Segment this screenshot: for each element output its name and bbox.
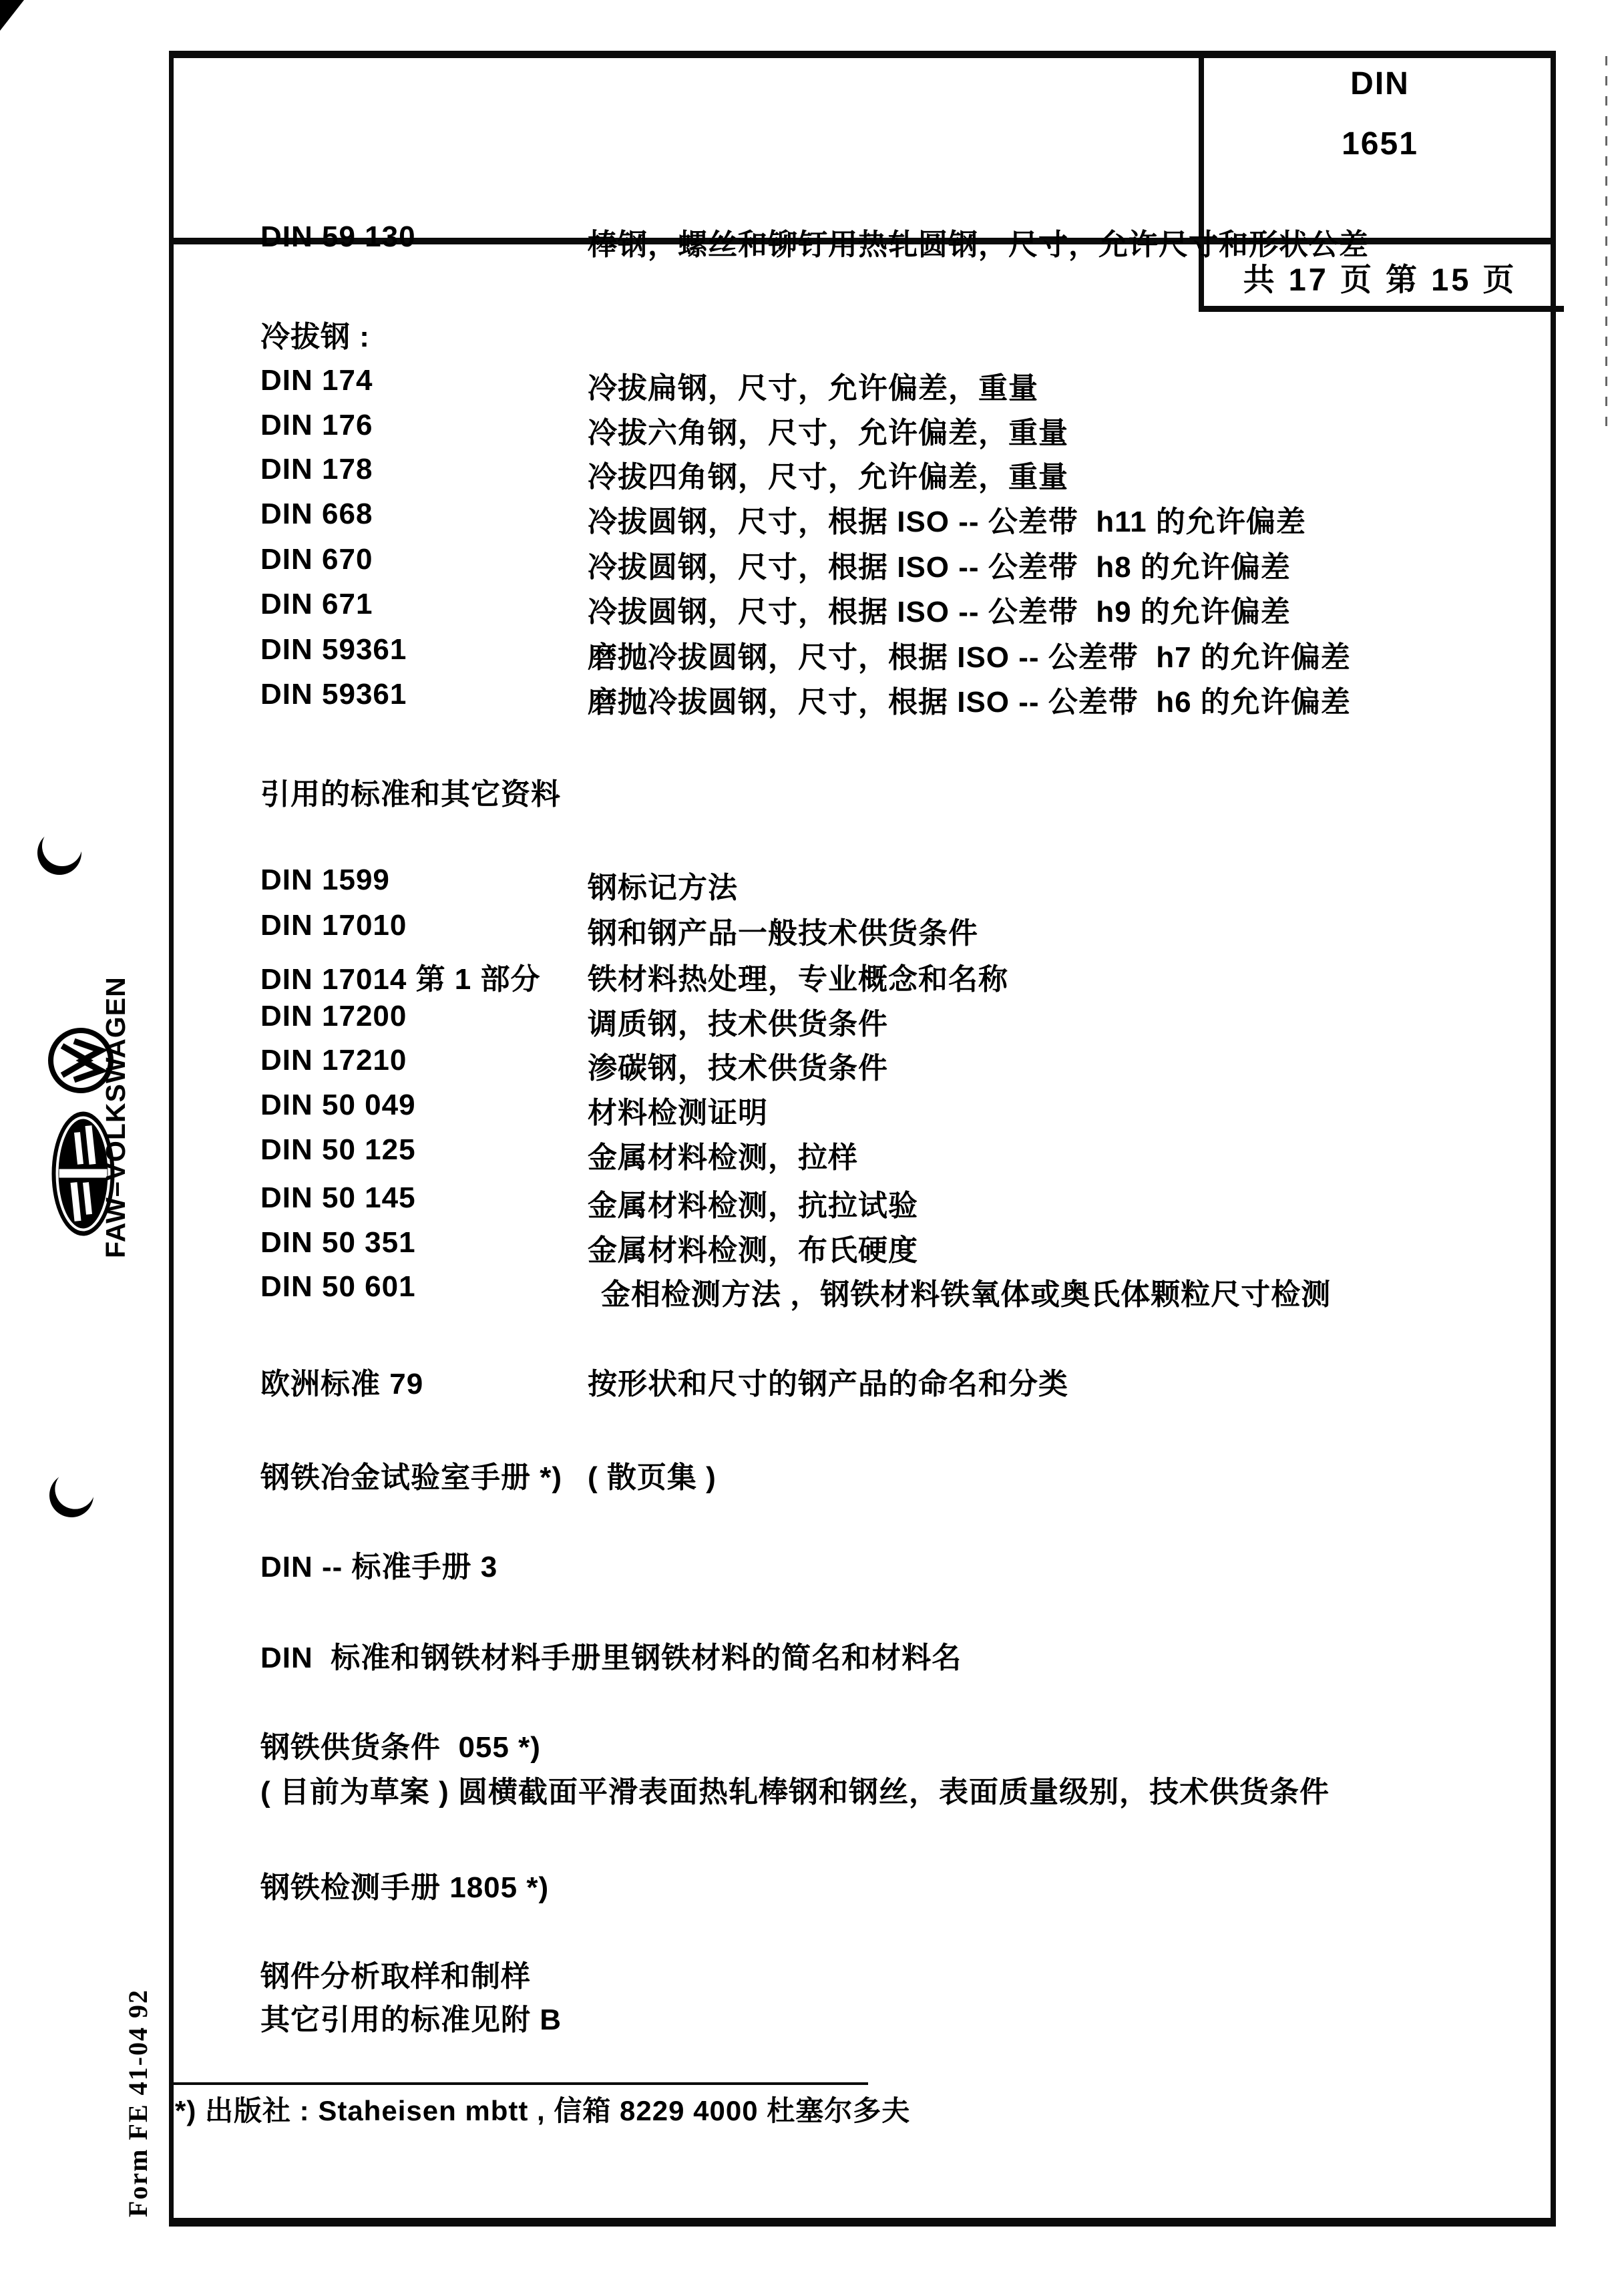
standard-row: DIN 668 冷拔圆钢，尺寸，根据 ISO -- 公差带 h11 的允许偏差 [0, 498, 1614, 538]
standard-row: DIN 59361 磨抛冷拔圆钢，尺寸，根据 ISO -- 公差带 h6 的允许… [0, 678, 1614, 718]
standards-list: DIN 59 130 棒钢，螺丝和铆钉用热轧圆钢，尺寸，允许尺寸和形状公差 冷拔… [0, 0, 1614, 2296]
standard-row: DIN 17014 第 1 部分 铁材料热处理，专业概念和名称 [0, 955, 1614, 995]
standard-row: 欧洲标准 79 按形状和尺寸的钢产品的命名和分类 [0, 1360, 1614, 1400]
standard-id: DIN 50 145 [260, 1181, 416, 1215]
standard-row: DIN 1599 钢标记方法 [0, 864, 1614, 904]
standard-row: DIN 50 125 金属材料检测，拉样 [0, 1133, 1614, 1173]
standard-id: DIN 671 [260, 588, 373, 621]
standard-row: 钢件分析取样和制样 [0, 1952, 1614, 1992]
standard-id: DIN 标准和钢铁材料手册里钢铁材料的简名和材料名 [260, 1634, 962, 1676]
standard-title: 冷拔六角钢，尺寸，允许偏差，重量 [588, 409, 1068, 451]
standard-id: 钢铁检测手册 1805 *) [260, 1863, 549, 1906]
standard-id: DIN 178 [260, 453, 373, 486]
standard-title: 棒钢，螺丝和铆钉用热轧圆钢，尺寸，允许尺寸和形状公差 [588, 220, 1369, 263]
standard-row: DIN 176 冷拔六角钢，尺寸，允许偏差，重量 [0, 409, 1614, 449]
standard-id: DIN 17200 [260, 1000, 407, 1033]
standard-row: 钢铁冶金试验室手册 *) ( 散页集 ) [0, 1453, 1614, 1493]
punch-hole-top-icon [37, 831, 81, 875]
standard-id: DIN 1599 [260, 864, 390, 897]
standard-title: 渗碳钢，技术供货条件 [588, 1044, 888, 1087]
standard-id: DIN 50 601 [260, 1270, 416, 1304]
standard-title: 金属材料检测，抗拉试验 [588, 1181, 918, 1224]
standard-title: 材料检测证明 [588, 1089, 768, 1131]
standard-row: DIN 671 冷拔圆钢，尺寸，根据 ISO -- 公差带 h9 的允许偏差 [0, 588, 1614, 628]
standard-title: 金相检测方法 ，钢铁材料铁氧体或奥氏体颗粒尺寸检测 [601, 1270, 1331, 1313]
footnote-text: *) 出版社 : Staheisen mbtt , 信箱 8229 4000 杜… [175, 2089, 910, 2129]
standard-row: DIN 50 351 金属材料检测，布氏硬度 [0, 1226, 1614, 1266]
standard-row: 钢铁供货条件 055 *) [0, 1723, 1614, 1763]
standard-id: DIN 17210 [260, 1044, 407, 1077]
standard-row: DIN 50 145 金属材料检测，抗拉试验 [0, 1181, 1614, 1221]
standard-title: 按形状和尺寸的钢产品的命名和分类 [588, 1360, 1068, 1402]
standard-id: DIN 17014 第 1 部分 [260, 955, 541, 998]
standard-id: DIN 59361 [260, 678, 407, 711]
standard-row: DIN 标准和钢铁材料手册里钢铁材料的简名和材料名 [0, 1634, 1614, 1674]
standard-row: ( 目前为草案 ) 圆横截面平滑表面热轧棒钢和钢丝，表面质量级别，技术供货条件 [0, 1768, 1614, 1808]
standard-title: 铁材料热处理，专业概念和名称 [588, 955, 1008, 998]
standard-title: 磨抛冷拔圆钢，尺寸，根据 ISO -- 公差带 h6 的允许偏差 [588, 678, 1351, 721]
standard-title: 磨抛冷拔圆钢，尺寸，根据 ISO -- 公差带 h7 的允许偏差 [588, 633, 1351, 676]
standard-title: 金属材料检测，拉样 [588, 1133, 858, 1176]
standard-row: DIN 50 601 金相检测方法 ，钢铁材料铁氧体或奥氏体颗粒尺寸检测 [0, 1270, 1614, 1310]
standard-id: DIN 59361 [260, 633, 407, 666]
standard-id: DIN 668 [260, 498, 373, 531]
standard-title: 冷拔四角钢，尺寸，允许偏差，重量 [588, 453, 1068, 496]
standard-id: DIN 670 [260, 543, 373, 576]
standard-id: DIN -- 标准手册 3 [260, 1543, 497, 1585]
standard-row: DIN 17210 渗碳钢，技术供货条件 [0, 1044, 1614, 1084]
standard-title: 调质钢，技术供货条件 [588, 1000, 888, 1042]
standard-title: ( 散页集 ) [588, 1453, 717, 1496]
standard-title: 钢标记方法 [588, 864, 738, 906]
standard-id: DIN 17010 [260, 909, 407, 942]
standard-row: DIN 174 冷拔扁钢，尺寸，允许偏差，重量 [0, 364, 1614, 404]
standard-row: 钢铁检测手册 1805 *) [0, 1863, 1614, 1903]
footnote-rule [171, 2082, 868, 2085]
standard-row: DIN 50 049 材料检测证明 [0, 1089, 1614, 1129]
standard-row: DIN 59 130 棒钢，螺丝和铆钉用热轧圆钢，尺寸，允许尺寸和形状公差 [0, 220, 1614, 260]
standard-id: 欧洲标准 79 [260, 1360, 423, 1402]
standard-id: 引用的标准和其它资料 [260, 770, 561, 813]
standard-title: 冷拔圆钢，尺寸，根据 ISO -- 公差带 h11 的允许偏差 [588, 498, 1306, 540]
standard-id: 冷拔钢 : [260, 313, 370, 355]
standard-row: DIN 17010 钢和钢产品一般技术供货条件 [0, 909, 1614, 949]
standard-row: DIN 59361 磨抛冷拔圆钢，尺寸，根据 ISO -- 公差带 h7 的允许… [0, 633, 1614, 673]
standard-row: 冷拔钢 : [0, 313, 1614, 353]
standard-row: DIN 178 冷拔四角钢，尺寸，允许偏差，重量 [0, 453, 1614, 493]
standard-row: DIN -- 标准手册 3 [0, 1543, 1614, 1583]
scanned-document-page: DIN 1651 共 17 页 第 15 页 DIN 59 130 棒钢，螺丝和… [0, 0, 1614, 2296]
standard-row: DIN 670 冷拔圆钢，尺寸，根据 ISO -- 公差带 h8 的允许偏差 [0, 543, 1614, 583]
standard-id: DIN 50 125 [260, 1133, 416, 1167]
standard-title: 冷拔扁钢，尺寸，允许偏差，重量 [588, 364, 1038, 407]
standard-id: DIN 174 [260, 364, 373, 397]
standard-row: DIN 17200 调质钢，技术供货条件 [0, 1000, 1614, 1040]
standard-id: DIN 59 130 [260, 220, 416, 254]
standard-title: 金属材料检测，布氏硬度 [588, 1226, 918, 1269]
standard-id: 其它引用的标准见附 B [260, 1995, 562, 2038]
standard-row: 引用的标准和其它资料 [0, 770, 1614, 810]
standard-id: 钢铁供货条件 055 *) [260, 1723, 541, 1766]
standard-title: 冷拔圆钢，尺寸，根据 ISO -- 公差带 h8 的允许偏差 [588, 543, 1291, 586]
standard-row: 其它引用的标准见附 B [0, 1995, 1614, 2036]
standard-id: ( 目前为草案 ) 圆横截面平滑表面热轧棒钢和钢丝，表面质量级别，技术供货条件 [260, 1768, 1330, 1810]
standard-id: 钢件分析取样和制样 [260, 1952, 531, 1995]
standard-id: 钢铁冶金试验室手册 *) [260, 1453, 562, 1496]
form-number-vertical-text: Form FE 41-04 92 [122, 2017, 152, 2217]
standard-id: DIN 50 049 [260, 1089, 416, 1122]
brand-vertical-text: FAW–VOLKSWAGEN [100, 1012, 131, 1258]
standard-title: 冷拔圆钢，尺寸，根据 ISO -- 公差带 h9 的允许偏差 [588, 588, 1291, 630]
standard-id: DIN 50 351 [260, 1226, 416, 1260]
standard-id: DIN 176 [260, 409, 373, 442]
standard-title: 钢和钢产品一般技术供货条件 [588, 909, 978, 952]
